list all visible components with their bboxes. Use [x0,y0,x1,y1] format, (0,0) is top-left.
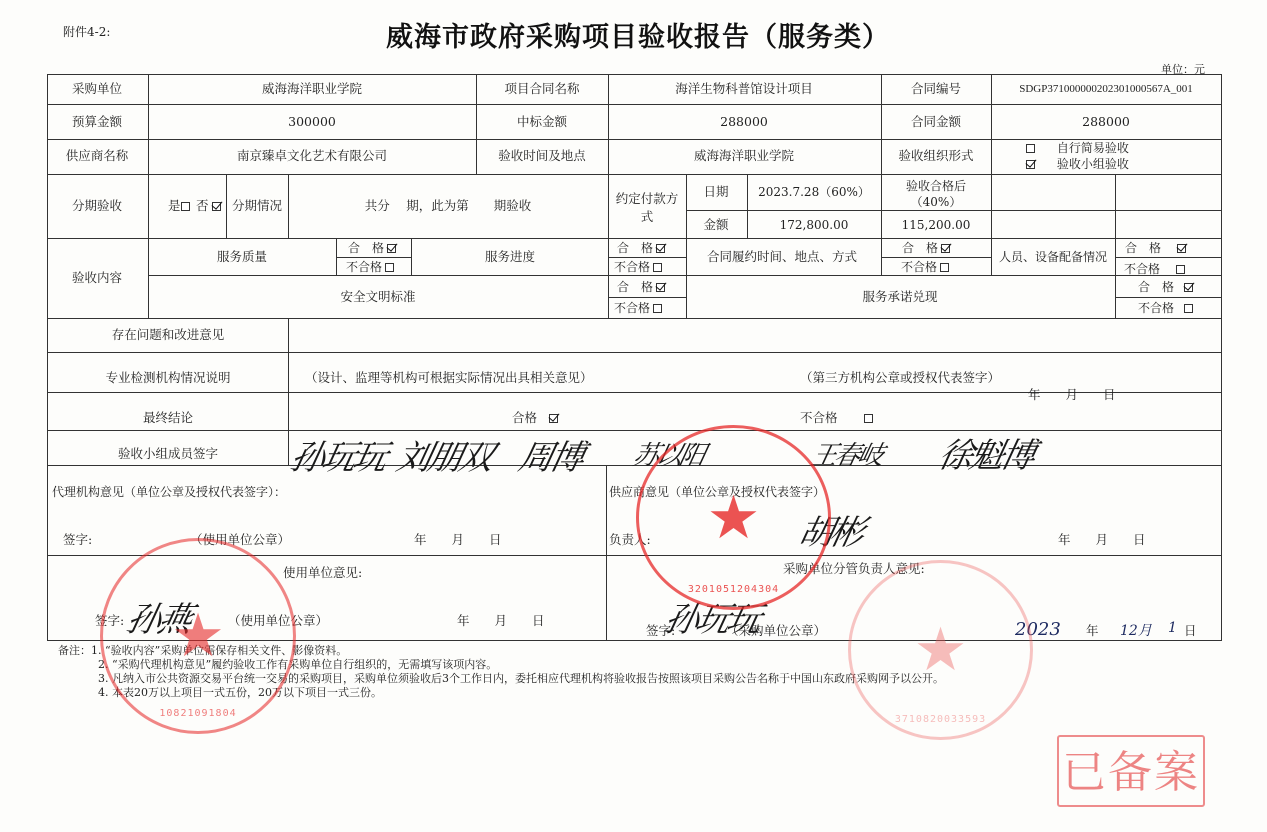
purchaser-seal-note: （采购单位公章） [726,625,826,638]
page-title: 威海市政府采购项目验收报告（服务类） [386,15,890,54]
budget-label: 预算金额 [72,116,122,129]
conclusion-fail-checkbox[interactable] [864,414,873,423]
purchaser-date-day-unit: 日 [1184,625,1197,638]
star-icon: ★ [707,488,761,548]
contract-name-value: 海洋生物科普馆设计项目 [675,83,813,96]
team-signature-1: 孙玩玩 [287,430,390,479]
service-progress-fail[interactable]: 不合格 [614,261,662,273]
service-commitment-fail-checkbox[interactable] [1184,304,1193,313]
inspection-sign-note: （第三方机构公章或授权代表签字） [800,372,1000,385]
supplier-value: 南京臻卓文化艺术有限公司 [237,150,387,163]
installment-yes-checkbox[interactable] [181,202,190,211]
user-unit-date: 年 月 日 [457,615,545,628]
payment-amount-label: 金额 [703,219,728,232]
service-quality-fail[interactable]: 不合格 [346,261,394,273]
inspection-note: （设计、监理等机构可根据实际情况出具相关意见） [305,372,593,385]
contract-amount-label: 合同金额 [911,116,961,129]
contract-performance-fail-checkbox[interactable] [940,263,949,272]
org-form-simple-checkbox[interactable] [1026,144,1035,153]
purchaser-label: 采购单位 [72,83,122,96]
content-item-service-progress: 服务进度 [485,251,535,264]
budget-value: 300000 [288,116,336,129]
safety-fail[interactable]: 不合格 [614,302,662,314]
supplier-stamp: ★ 3201051204304 [636,425,831,610]
service-progress-pass[interactable]: 合 格 [617,242,665,254]
contract-performance-pass-checkbox[interactable] [941,244,950,253]
content-item-service-quality: 服务质量 [217,251,267,264]
agency-opinion-label: 代理机构意见（单位公章及授权代表签字）： [52,486,286,498]
issues-label: 存在问题和改进意见 [112,329,225,342]
contract-performance-fail[interactable]: 不合格 [901,261,949,273]
contract-no-value: SDGP371000000202301000567A_001 [1019,84,1193,95]
staff-equipment-pass[interactable]: 合 格 [1125,242,1186,254]
inspection-date: 年 月 日 [1028,389,1116,402]
service-commitment-pass[interactable]: 合 格 [1138,281,1193,293]
payment-2-date: 验收合格后（40%） [886,178,986,210]
team-sign-label: 验收小组成员签字 [118,448,218,461]
purchaser-stamp: ★ 3710820033593 [848,560,1033,740]
user-unit-stamp: ★ 10821091804 [100,538,296,734]
staff-equipment-pass-checkbox[interactable] [1177,244,1186,253]
installment-yes-option[interactable]: 是 [168,200,190,213]
service-quality-pass[interactable]: 合 格 [348,242,396,254]
content-item-safety: 安全文明标准 [340,291,415,304]
service-progress-fail-checkbox[interactable] [653,263,662,272]
org-form-team-checkbox[interactable] [1026,160,1035,169]
team-signature-2: 刘朋双 [393,430,496,479]
issues-field[interactable] [290,320,1219,350]
payment-1-amount: 172,800.00 [780,219,849,231]
staff-equipment-fail-checkbox[interactable] [1176,265,1185,274]
attachment-label: 附件4-2: [63,23,110,40]
contract-name-label: 项目合同名称 [504,83,579,96]
content-item-staff-equipment: 人员、设备配备情况 [999,251,1107,263]
contract-performance-pass[interactable]: 合 格 [902,242,950,254]
filed-stamp: 已备案 [1057,735,1205,807]
agency-date: 年 月 日 [414,534,502,547]
safety-pass-checkbox[interactable] [656,283,665,292]
installment-status-text: 共分 期，此为第 期验收 [365,200,531,213]
installment-label: 分期验收 [72,200,122,213]
payment-method-label: 约定付款方式 [612,190,682,226]
contract-amount-value: 288000 [1082,116,1130,129]
bid-amount-value: 288000 [720,116,768,129]
team-signature-3: 周博 [515,430,587,479]
star-icon: ★ [171,606,225,666]
service-commitment-pass-checkbox[interactable] [1184,283,1193,292]
acceptance-time-place-label: 验收时间及地点 [498,150,586,163]
payment-date-label: 日期 [703,186,728,199]
service-quality-fail-checkbox[interactable] [385,263,394,272]
user-unit-opinion-label: 使用单位意见: [283,567,362,580]
conclusion-pass-checkbox[interactable] [549,414,558,423]
notes-prefix: 备注： [58,644,91,657]
safety-fail-checkbox[interactable] [653,304,662,313]
installment-no-checkbox[interactable] [212,202,221,211]
supplier-date: 年 月 日 [1058,534,1146,547]
conclusion-label: 最终结论 [143,412,193,425]
inspection-label: 专业检测机构情况说明 [105,372,230,385]
installment-status-label: 分期情况 [232,200,282,213]
conclusion-pass[interactable]: 合格 [512,412,558,425]
payment-2-amount: 115,200.00 [902,219,971,231]
content-label: 验收内容 [72,272,122,285]
supplier-label: 供应商名称 [66,150,129,163]
conclusion-fail[interactable]: 不合格 [800,412,873,425]
acceptance-time-place-value: 威海海洋职业学院 [694,150,794,163]
purchaser-date-year-unit: 年 [1086,625,1099,638]
content-item-contract-performance: 合同履约时间、地点、方式 [707,251,857,264]
installment-no-option[interactable]: 否 [196,200,221,213]
safety-pass[interactable]: 合 格 [617,281,665,293]
purchaser-date-day: 1 [1168,620,1177,636]
purchaser-value: 威海海洋职业学院 [262,83,362,96]
team-signature-5: 王春岐 [808,435,885,472]
star-icon: ★ [914,620,968,680]
contract-no-label: 合同编号 [911,83,961,96]
org-form-label: 验收组织形式 [898,150,973,163]
agency-sign-label: 签字: [63,534,92,547]
org-form-option-simple[interactable]: 自行简易验收 [1023,142,1129,154]
service-quality-pass-checkbox[interactable] [387,244,396,253]
payment-1-date: 2023.7.28（60%） [758,186,870,198]
purchaser-date-month: 12月 [1120,620,1152,640]
service-commitment-fail[interactable]: 不合格 [1138,302,1193,314]
service-progress-pass-checkbox[interactable] [656,244,665,253]
content-item-service-commitment: 服务承诺兑现 [862,291,937,304]
bid-amount-label: 中标金额 [517,116,567,129]
team-signature-6: 徐魁博 [935,428,1038,477]
org-form-option-team[interactable]: 验收小组验收 [1023,158,1129,170]
staff-equipment-fail[interactable]: 不合格 [1124,263,1185,275]
